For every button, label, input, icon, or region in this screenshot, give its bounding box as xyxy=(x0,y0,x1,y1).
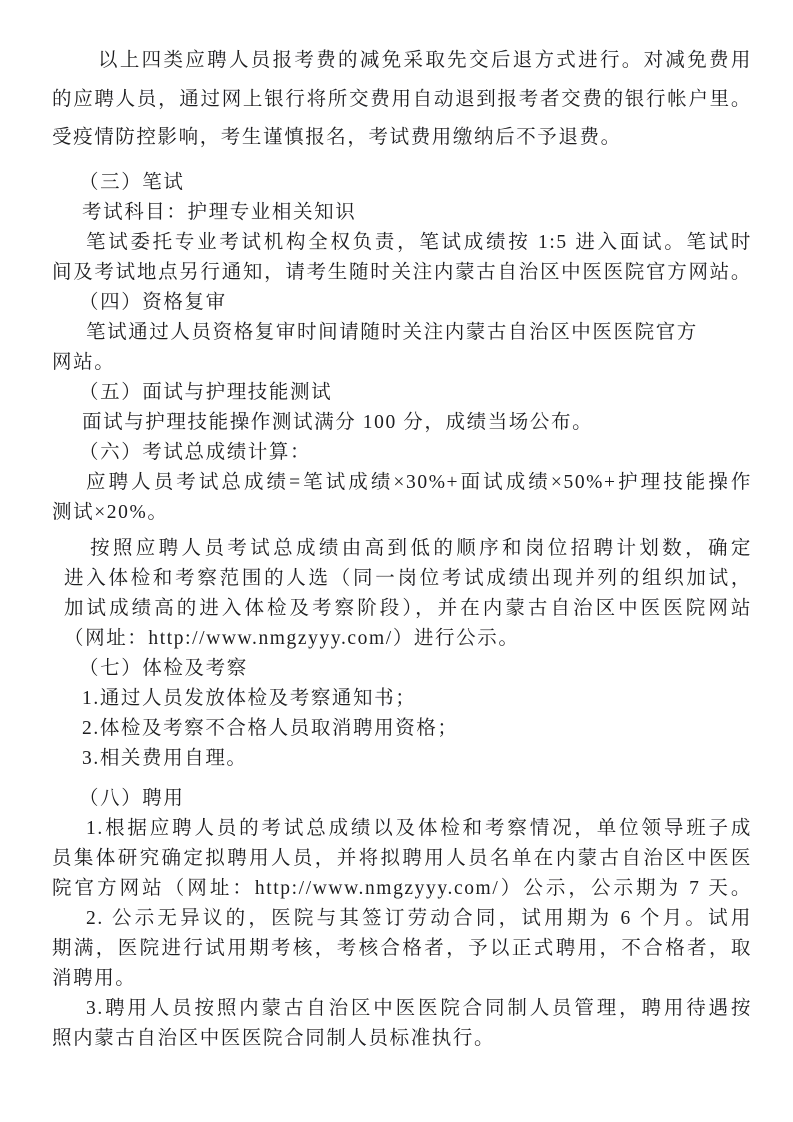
paragraph-line: 照内蒙古自治区中医医院合同制人员标准执行。 xyxy=(52,1024,752,1054)
paragraph-line: 笔试委托专业考试机构全权负责，笔试成绩按 1:5 进入面试。笔试时 xyxy=(52,228,752,258)
website-url-line: （网址：http://www.nmgzyyy.com/）进行公示。 xyxy=(64,624,752,654)
list-item: 2. 公示无异议的，医院与其签订劳动合同，试用期为 6 个月。试用 xyxy=(52,904,752,934)
score-formula-line: 应聘人员考试总成绩=笔试成绩×30%+面试成绩×50%+护理技能操作 xyxy=(52,468,752,498)
paragraph-line: 消聘用。 xyxy=(52,964,752,994)
paragraph-line: 期满，医院进行试用期考核，考核合格者，予以正式聘用，不合格者，取 xyxy=(52,934,752,964)
document-page: 以上四类应聘人员报考费的减免采取先交后退方式进行。对减免费用 的应聘人员，通过网… xyxy=(0,0,793,1122)
heading-qualification-review: （四）资格复审 xyxy=(52,288,752,318)
heading-total-score: （六）考试总成绩计算： xyxy=(52,438,752,468)
paragraph-line: 进入体检和考察范围的人选（同一岗位考试成绩出现并列的组织加试， xyxy=(64,564,752,594)
paragraph-line: 网站。 xyxy=(52,348,752,378)
heading-physical-exam: （七）体检及考察 xyxy=(52,654,752,684)
heading-written-test: （三）笔试 xyxy=(52,168,752,198)
paragraph-line: 受疫情防控影响，考生谨慎报名，考试费用缴纳后不予退费。 xyxy=(52,119,752,158)
list-item: 1.根据应聘人员的考试总成绩以及体检和考察情况，单位领导班子成 xyxy=(52,814,752,844)
score-formula-line: 测试×20%。 xyxy=(52,498,752,528)
paragraph-line: 间及考试地点另行通知，请考生随时关注内蒙古自治区中医医院官方网站。 xyxy=(52,258,752,288)
exam-subject-line: 考试科目：护理专业相关知识 xyxy=(52,198,752,228)
paragraph-line: 员集体研究确定拟聘用人员，并将拟聘用人员名单在内蒙古自治区中医医 xyxy=(52,844,752,874)
website-url-line: 院官方网站（网址：http://www.nmgzyyy.com/）公示，公示期为… xyxy=(52,874,752,904)
list-item: 3.聘用人员按照内蒙古自治区中医医院合同制人员管理，聘用待遇按 xyxy=(52,994,752,1024)
heading-interview-skill-test: （五）面试与护理技能测试 xyxy=(52,378,752,408)
paragraph-line: 以上四类应聘人员报考费的减免采取先交后退方式进行。对减免费用 xyxy=(52,42,752,81)
heading-employment: （八）聘用 xyxy=(52,784,752,814)
list-item: 2.体检及考察不合格人员取消聘用资格； xyxy=(52,714,752,744)
list-item: 1.通过人员发放体检及考察通知书； xyxy=(52,684,752,714)
list-item: 3.相关费用自理。 xyxy=(52,744,752,774)
paragraph-line: 加试成绩高的进入体检及考察阶段），并在内蒙古自治区中医医院网站 xyxy=(64,594,752,624)
paragraph-line: 面试与护理技能操作测试满分 100 分，成绩当场公布。 xyxy=(52,408,752,438)
paragraph-line: 的应聘人员，通过网上银行将所交费用自动退到报考者交费的银行帐户里。 xyxy=(52,81,752,120)
paragraph-line: 笔试通过人员资格复审时间请随时关注内蒙古自治区中医医院官方 xyxy=(52,318,752,348)
paragraph-line: 按照应聘人员考试总成绩由高到低的顺序和岗位招聘计划数，确定 xyxy=(64,534,752,564)
